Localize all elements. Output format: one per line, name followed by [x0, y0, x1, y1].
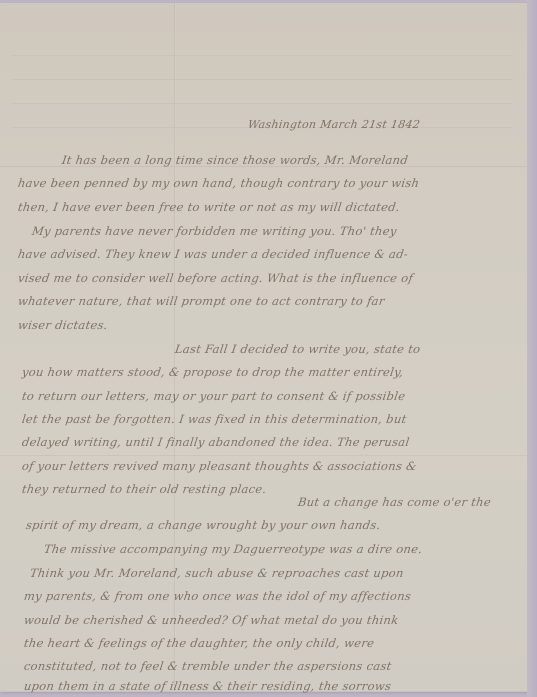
letter-line: to return our letters, may or your part … [21, 389, 406, 403]
letter-line: they returned to their old resting place… [21, 482, 268, 496]
letter-line: of your letters revived many pleasant th… [21, 459, 418, 473]
letter-page: Washington March 21st 1842 It has been a… [0, 3, 528, 692]
letter-line: But a change has come o'er the [297, 495, 492, 509]
letter-line: delayed writing, until I finally abandon… [21, 435, 410, 449]
letter-line: spirit of my dream, a change wrought by … [25, 518, 382, 532]
letter-line: My parents have never forbidden me writi… [31, 224, 398, 238]
letter-line: the heart & feelings of the daughter, th… [23, 636, 375, 650]
scanned-letter: Washington March 21st 1842 It has been a… [0, 0, 537, 697]
letter-line: would be cherished & unheeded? Of what m… [23, 613, 400, 627]
dateline: Washington March 21st 1842 [247, 118, 421, 131]
letter-line: my parents, & from one who once was the … [23, 589, 412, 603]
letter-line: vised me to consider well before acting.… [17, 271, 414, 285]
scan-background-edge [527, 0, 537, 697]
letter-line: you how matters stood, & propose to drop… [21, 365, 404, 379]
letter-body: Washington March 21st 1842 It has been a… [0, 3, 527, 691]
letter-line: whatever nature, that will prompt one to… [17, 294, 386, 308]
letter-line: Think you Mr. Moreland, such abuse & rep… [29, 566, 405, 580]
letter-line: The missive accompanying my Daguerreotyp… [43, 542, 423, 556]
letter-line: wiser dictates. [17, 318, 109, 332]
letter-line: It has been a long time since those word… [61, 153, 409, 167]
letter-line: then, I have ever been free to write or … [17, 200, 401, 214]
letter-line: have been penned by my own hand, though … [17, 176, 420, 190]
letter-line: constituted, not to feel & tremble under… [23, 659, 393, 673]
letter-line: let the past be forgotten. I was fixed i… [21, 412, 408, 426]
letter-line: Last Fall I decided to write you, state … [174, 342, 421, 356]
letter-line: have advised. They knew I was under a de… [17, 247, 409, 261]
letter-line: upon them in a state of illness & their … [23, 679, 392, 693]
